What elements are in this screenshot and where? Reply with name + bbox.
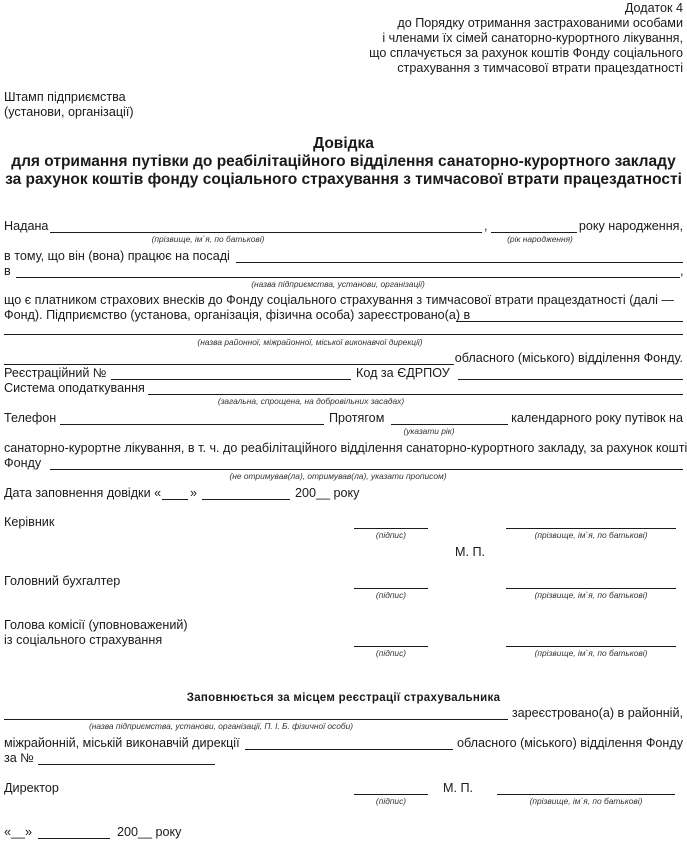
year-field[interactable]	[391, 424, 508, 425]
date-label: Дата заповнення довідки «	[4, 486, 161, 500]
birth-year-hint: (рік народження)	[507, 234, 573, 244]
seal-label: М. П.	[455, 545, 485, 559]
position-label: в тому, що він (вона) працює на посаді	[4, 249, 230, 263]
head-label: Керівник	[4, 515, 54, 529]
commission-label-1: Голова комісії (уповноважений)	[4, 618, 188, 632]
head-name-field[interactable]	[506, 528, 676, 529]
reg-number-label: Реєстраційний №	[4, 366, 106, 380]
director-signature-hint: (підпис)	[376, 796, 406, 806]
registration-heading: Заповнюється за місцем реєстрації страху…	[0, 692, 687, 704]
registered-suffix: зареєстровано(а) в районній,	[512, 706, 683, 720]
final-date-year: 200__ року	[117, 825, 181, 839]
stamp-label-1: Штамп підприємства	[4, 90, 126, 104]
treatment-text: санаторно-курортне лікування, в т. ч. до…	[4, 441, 687, 455]
date-close-quote: »	[190, 486, 197, 500]
calendar-suffix: календарного року путівок на	[511, 411, 683, 425]
head-name-hint: (прізвище, ім`я, по батькові)	[535, 530, 648, 540]
final-date-day: «__»	[4, 825, 32, 839]
directorate-field-2[interactable]	[4, 334, 683, 335]
edrpou-field[interactable]	[458, 379, 683, 380]
received-hint: (не отримував(ла), отримував(ла), указат…	[229, 471, 446, 481]
director-label: Директор	[4, 781, 59, 795]
full-name-hint: (прізвище, ім`я, по батькові)	[152, 234, 265, 244]
director-signature-field[interactable]	[354, 794, 428, 795]
birth-year-suffix: року народження,	[579, 219, 683, 233]
tax-system-hint: (загальна, спрощена, на добровільних зас…	[218, 396, 404, 406]
number-label: за №	[4, 751, 34, 765]
document-subtitle-2: за рахунок коштів фонду соціального стра…	[0, 171, 687, 189]
commission-signature-hint: (підпис)	[376, 648, 406, 658]
tax-system-label: Система оподаткування	[4, 381, 145, 395]
annex-line-1: до Порядку отримання застрахованими особ…	[397, 16, 683, 30]
comma: ,	[484, 219, 488, 233]
year-hint: (указати рік)	[403, 426, 454, 436]
in-comma: ,	[680, 264, 684, 278]
payer-text-1: що є платником страхових внесків до Фонд…	[4, 293, 674, 307]
birth-year-field[interactable]	[491, 232, 577, 233]
directorate-name-field[interactable]	[245, 749, 453, 750]
director-name-hint: (прізвище, ім`я, по батькові)	[530, 796, 643, 806]
registration-number-field[interactable]	[38, 764, 215, 765]
phone-label: Телефон	[4, 411, 56, 425]
regional-branch-suffix: обласного (міського) відділення Фонду.	[455, 351, 683, 365]
annex-number: Додаток 4	[625, 1, 683, 15]
tax-system-field[interactable]	[148, 394, 683, 395]
final-date-month-field[interactable]	[38, 838, 110, 839]
phone-field[interactable]	[60, 424, 324, 425]
fund-label: Фонду	[4, 456, 41, 470]
commission-signature-field[interactable]	[354, 646, 428, 647]
during-label: Протягом	[329, 411, 384, 425]
date-day-field[interactable]	[162, 499, 188, 500]
in-label: в	[4, 264, 11, 278]
document-subtitle-1: для отримання путівки до реабілітаційног…	[0, 153, 687, 171]
annex-line-3: що сплачується за рахунок коштів Фонду с…	[369, 46, 683, 60]
commission-label-2: із соціального страхування	[4, 633, 162, 647]
chief-accountant-label: Головний бухгалтер	[4, 574, 120, 588]
enterprise-field[interactable]	[16, 277, 680, 278]
stamp-label-2: (установи, організації)	[4, 105, 134, 119]
document-title: Довідка	[0, 135, 687, 153]
commission-name-hint: (прізвище, ім`я, по батькові)	[535, 648, 648, 658]
director-seal-label: М. П.	[443, 781, 473, 795]
date-month-field[interactable]	[202, 499, 290, 500]
commission-name-field[interactable]	[506, 646, 676, 647]
edrpou-label: Код за ЄДРПОУ	[356, 366, 450, 380]
position-field[interactable]	[236, 262, 683, 263]
head-signature-field[interactable]	[354, 528, 428, 529]
accountant-signature-field[interactable]	[354, 588, 428, 589]
issued-to-label: Надана	[4, 219, 48, 233]
head-signature-hint: (підпис)	[376, 530, 406, 540]
enterprise-hint: (назва підприємства, установи, організац…	[251, 279, 425, 289]
directorate-field-1[interactable]	[456, 321, 683, 322]
branch-suffix: обласного (міського) відділення Фонду	[457, 736, 683, 750]
director-name-field[interactable]	[497, 794, 675, 795]
accountant-name-field[interactable]	[506, 588, 676, 589]
directorate-hint: (назва районної, міжрайонної, міської ви…	[197, 337, 422, 347]
annex-line-2: і членами їх сімей санаторно-курортного …	[382, 31, 683, 45]
regional-branch-field[interactable]	[4, 364, 454, 365]
received-field[interactable]	[50, 469, 683, 470]
date-year: 200__ року	[295, 486, 359, 500]
insurer-name-field[interactable]	[4, 719, 508, 720]
accountant-signature-hint: (підпис)	[376, 590, 406, 600]
reg-number-field[interactable]	[111, 379, 351, 380]
directorate-label: міжрайонній, міській виконавчій дирекції	[4, 736, 240, 750]
insurer-hint: (назва підприємства, установи, організац…	[89, 721, 353, 731]
payer-text-2: Фонд). Підприємство (установа, організац…	[4, 308, 470, 322]
accountant-name-hint: (прізвище, ім`я, по батькові)	[535, 590, 648, 600]
full-name-field[interactable]	[50, 232, 482, 233]
annex-line-4: страхування з тимчасової втрати працезда…	[397, 61, 683, 75]
